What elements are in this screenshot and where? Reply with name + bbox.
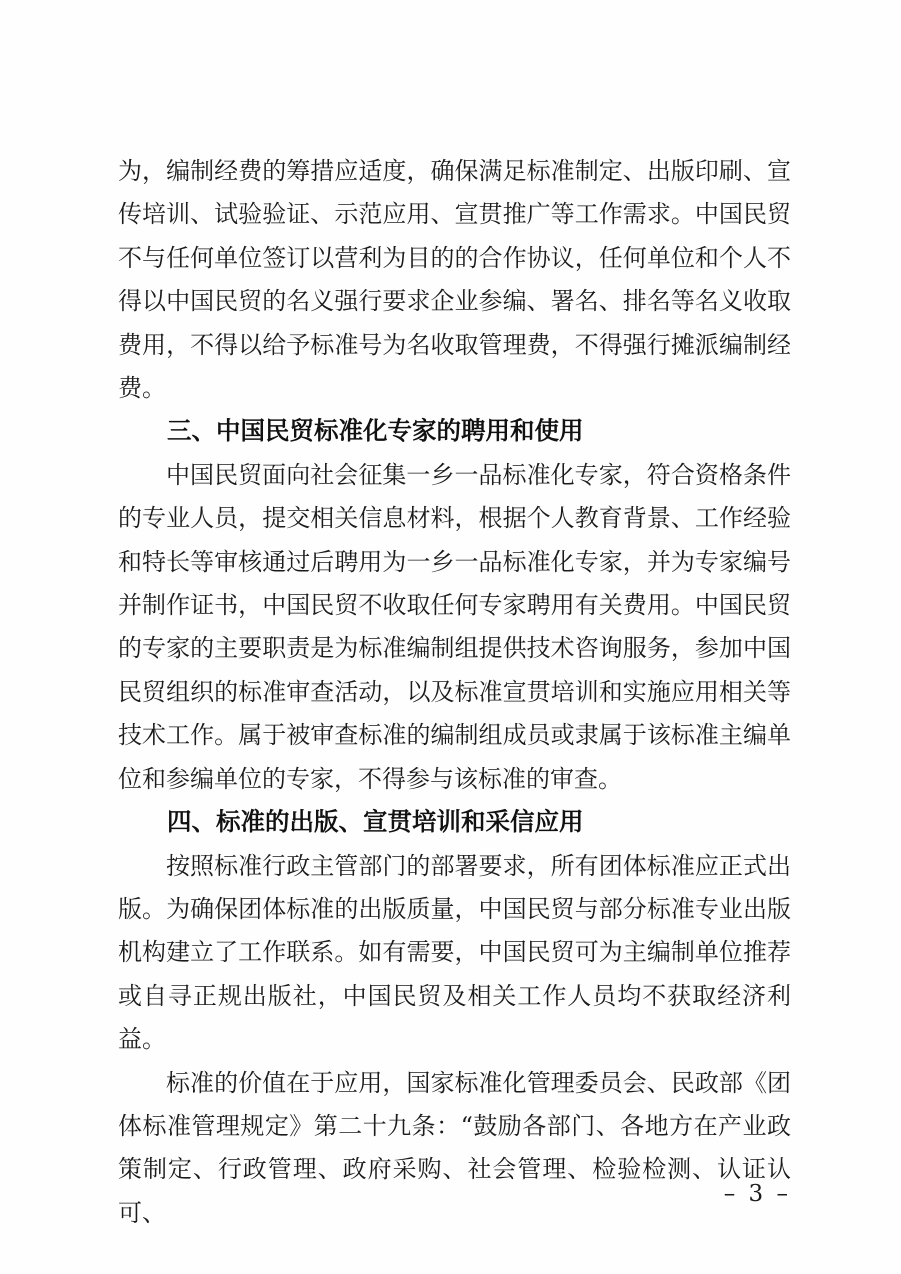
page-number: – 3 – bbox=[724, 1181, 791, 1207]
body-paragraph-standard-value: 标准的价值在于应用，国家标准化管理委员会、民政部《团体标准管理规定》第二十九条：… bbox=[118, 1062, 791, 1236]
document-page: 为，编制经费的筹措应适度，确保满足标准制定、出版印刷、宣传培训、试验验证、示范应… bbox=[0, 0, 901, 1274]
section-heading-3-experts: 三、中国民贸标准化专家的聘用和使用 bbox=[118, 410, 791, 453]
body-paragraph-publication: 按照标准行政主管部门的部署要求，所有团体标准应正式出版。为确保团体标准的出版质量… bbox=[118, 845, 791, 1062]
body-paragraph-experts: 中国民贸面向社会征集一乡一品标准化专家，符合资格条件的专业人员，提交相关信息材料… bbox=[118, 454, 791, 801]
document-body: 为，编制经费的筹措应适度，确保满足标准制定、出版印刷、宣传培训、试验验证、示范应… bbox=[118, 150, 791, 1235]
body-paragraph-funding: 为，编制经费的筹措应适度，确保满足标准制定、出版印刷、宣传培训、试验验证、示范应… bbox=[118, 150, 791, 410]
section-heading-4-publication: 四、标准的出版、宣贯培训和采信应用 bbox=[118, 801, 791, 844]
